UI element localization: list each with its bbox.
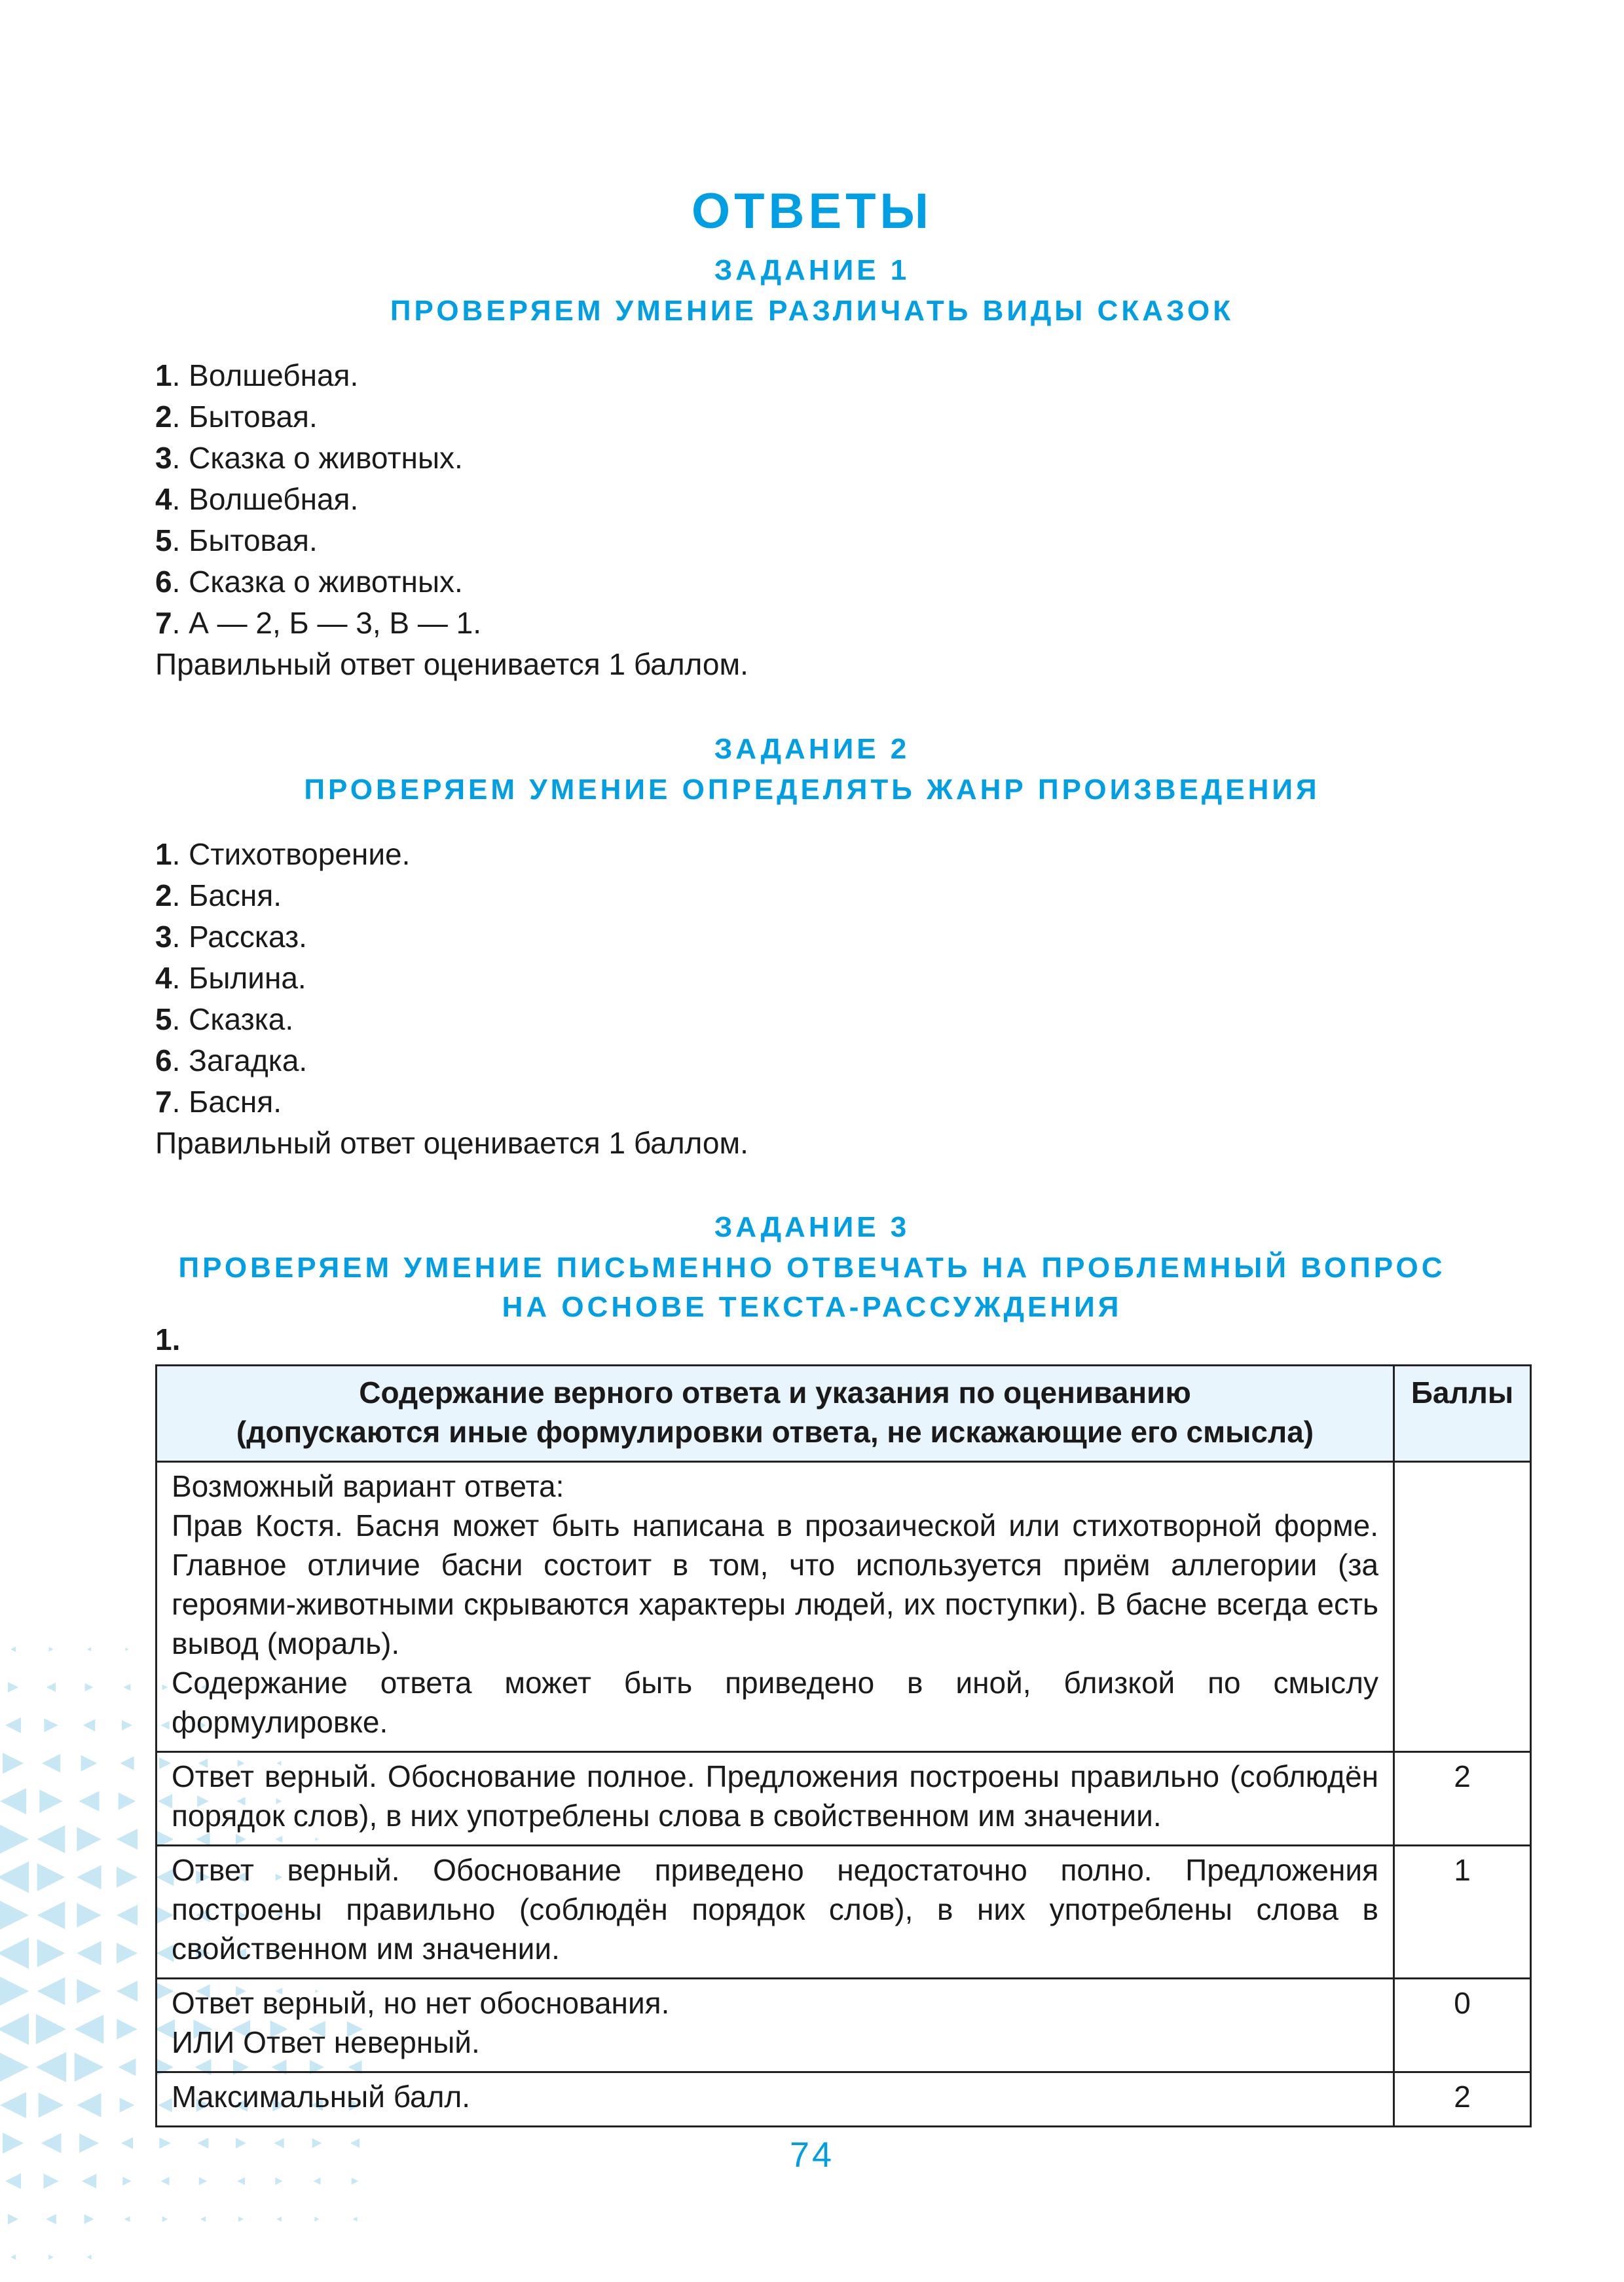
answer-item: 3. Рассказ. bbox=[155, 916, 410, 958]
table-row: Ответ верный, но нет обоснования. ИЛИ От… bbox=[157, 1979, 1531, 2072]
row-score: 2 bbox=[1394, 2072, 1531, 2127]
task-1-answers: 1. Волшебная. 2. Бытовая. 3. Сказка о жи… bbox=[155, 355, 481, 644]
answer-item: 6. Загадка. bbox=[155, 1040, 410, 1081]
answer-item: 4. Волшебная. bbox=[155, 479, 481, 520]
row-description: Возможный вариант ответа: Прав Костя. Ба… bbox=[157, 1462, 1394, 1752]
task-1-label: ЗАДАНИЕ 1 bbox=[0, 250, 1624, 291]
task-3-heading-line-1: ПРОВЕРЯЕМ УМЕНИЕ ПИСЬМЕННО ОТВЕЧАТЬ НА П… bbox=[0, 1248, 1624, 1288]
task-2-heading: ПРОВЕРЯЕМ УМЕНИЕ ОПРЕДЕЛЯТЬ ЖАНР ПРОИЗВЕ… bbox=[0, 770, 1624, 810]
header-content-criteria: Содержание верного ответа и указания по … bbox=[157, 1366, 1394, 1462]
answer-item: 5. Бытовая. bbox=[155, 520, 481, 561]
task-3-heading-line-2: НА ОСНОВЕ ТЕКСТА-РАССУЖДЕНИЯ bbox=[0, 1287, 1624, 1328]
table-header-row: Содержание верного ответа и указания по … bbox=[157, 1366, 1531, 1462]
answer-item: 7. Басня. bbox=[155, 1081, 410, 1123]
row-score: 0 bbox=[1394, 1979, 1531, 2072]
row-score bbox=[1394, 1462, 1531, 1752]
answer-item: 5. Сказка. bbox=[155, 999, 410, 1040]
task-3-item-number: 1. bbox=[155, 1320, 180, 1359]
task-2-answers: 1. Стихотворение. 2. Басня. 3. Рассказ. … bbox=[155, 834, 410, 1123]
answer-item: 1. Волшебная. bbox=[155, 355, 481, 396]
row-description: Ответ верный. Обоснование приведено недо… bbox=[157, 1846, 1394, 1979]
answer-item: 3. Сказка о животных. bbox=[155, 438, 481, 479]
page-number: 74 bbox=[0, 2132, 1624, 2178]
table-row: Возможный вариант ответа: Прав Костя. Ба… bbox=[157, 1462, 1531, 1752]
answer-item: 2. Бытовая. bbox=[155, 396, 481, 438]
grading-table: Содержание верного ответа и указания по … bbox=[155, 1364, 1532, 2127]
page-title: ОТВЕТЫ bbox=[0, 179, 1624, 244]
row-description: Максимальный балл. bbox=[157, 2072, 1394, 2127]
task-2-label: ЗАДАНИЕ 2 bbox=[0, 729, 1624, 770]
row-description: Ответ верный, но нет обоснования. ИЛИ От… bbox=[157, 1979, 1394, 2072]
task-1-scoring-note: Правильный ответ оценивается 1 баллом. bbox=[155, 644, 748, 685]
row-score: 1 bbox=[1394, 1846, 1531, 1979]
row-description: Ответ верный. Обоснование полное. Предло… bbox=[157, 1752, 1394, 1846]
header-score: Баллы bbox=[1394, 1366, 1531, 1462]
row-score: 2 bbox=[1394, 1752, 1531, 1846]
table-row: Максимальный балл. 2 bbox=[157, 2072, 1531, 2127]
answer-item: 2. Басня. bbox=[155, 875, 410, 916]
table-row: Ответ верный. Обоснование полное. Предло… bbox=[157, 1752, 1531, 1846]
answer-item: 1. Стихотворение. bbox=[155, 834, 410, 875]
task-2-scoring-note: Правильный ответ оценивается 1 баллом. bbox=[155, 1123, 748, 1164]
answer-item: 4. Былина. bbox=[155, 958, 410, 999]
task-1-heading: ПРОВЕРЯЕМ УМЕНИЕ РАЗЛИЧАТЬ ВИДЫ СКАЗОК bbox=[0, 291, 1624, 331]
task-3-label: ЗАДАНИЕ 3 bbox=[0, 1207, 1624, 1248]
answer-item: 7. А — 2, Б — 3, В — 1. bbox=[155, 603, 481, 644]
answer-item: 6. Сказка о животных. bbox=[155, 561, 481, 603]
table-row: Ответ верный. Обоснование приведено недо… bbox=[157, 1846, 1531, 1979]
